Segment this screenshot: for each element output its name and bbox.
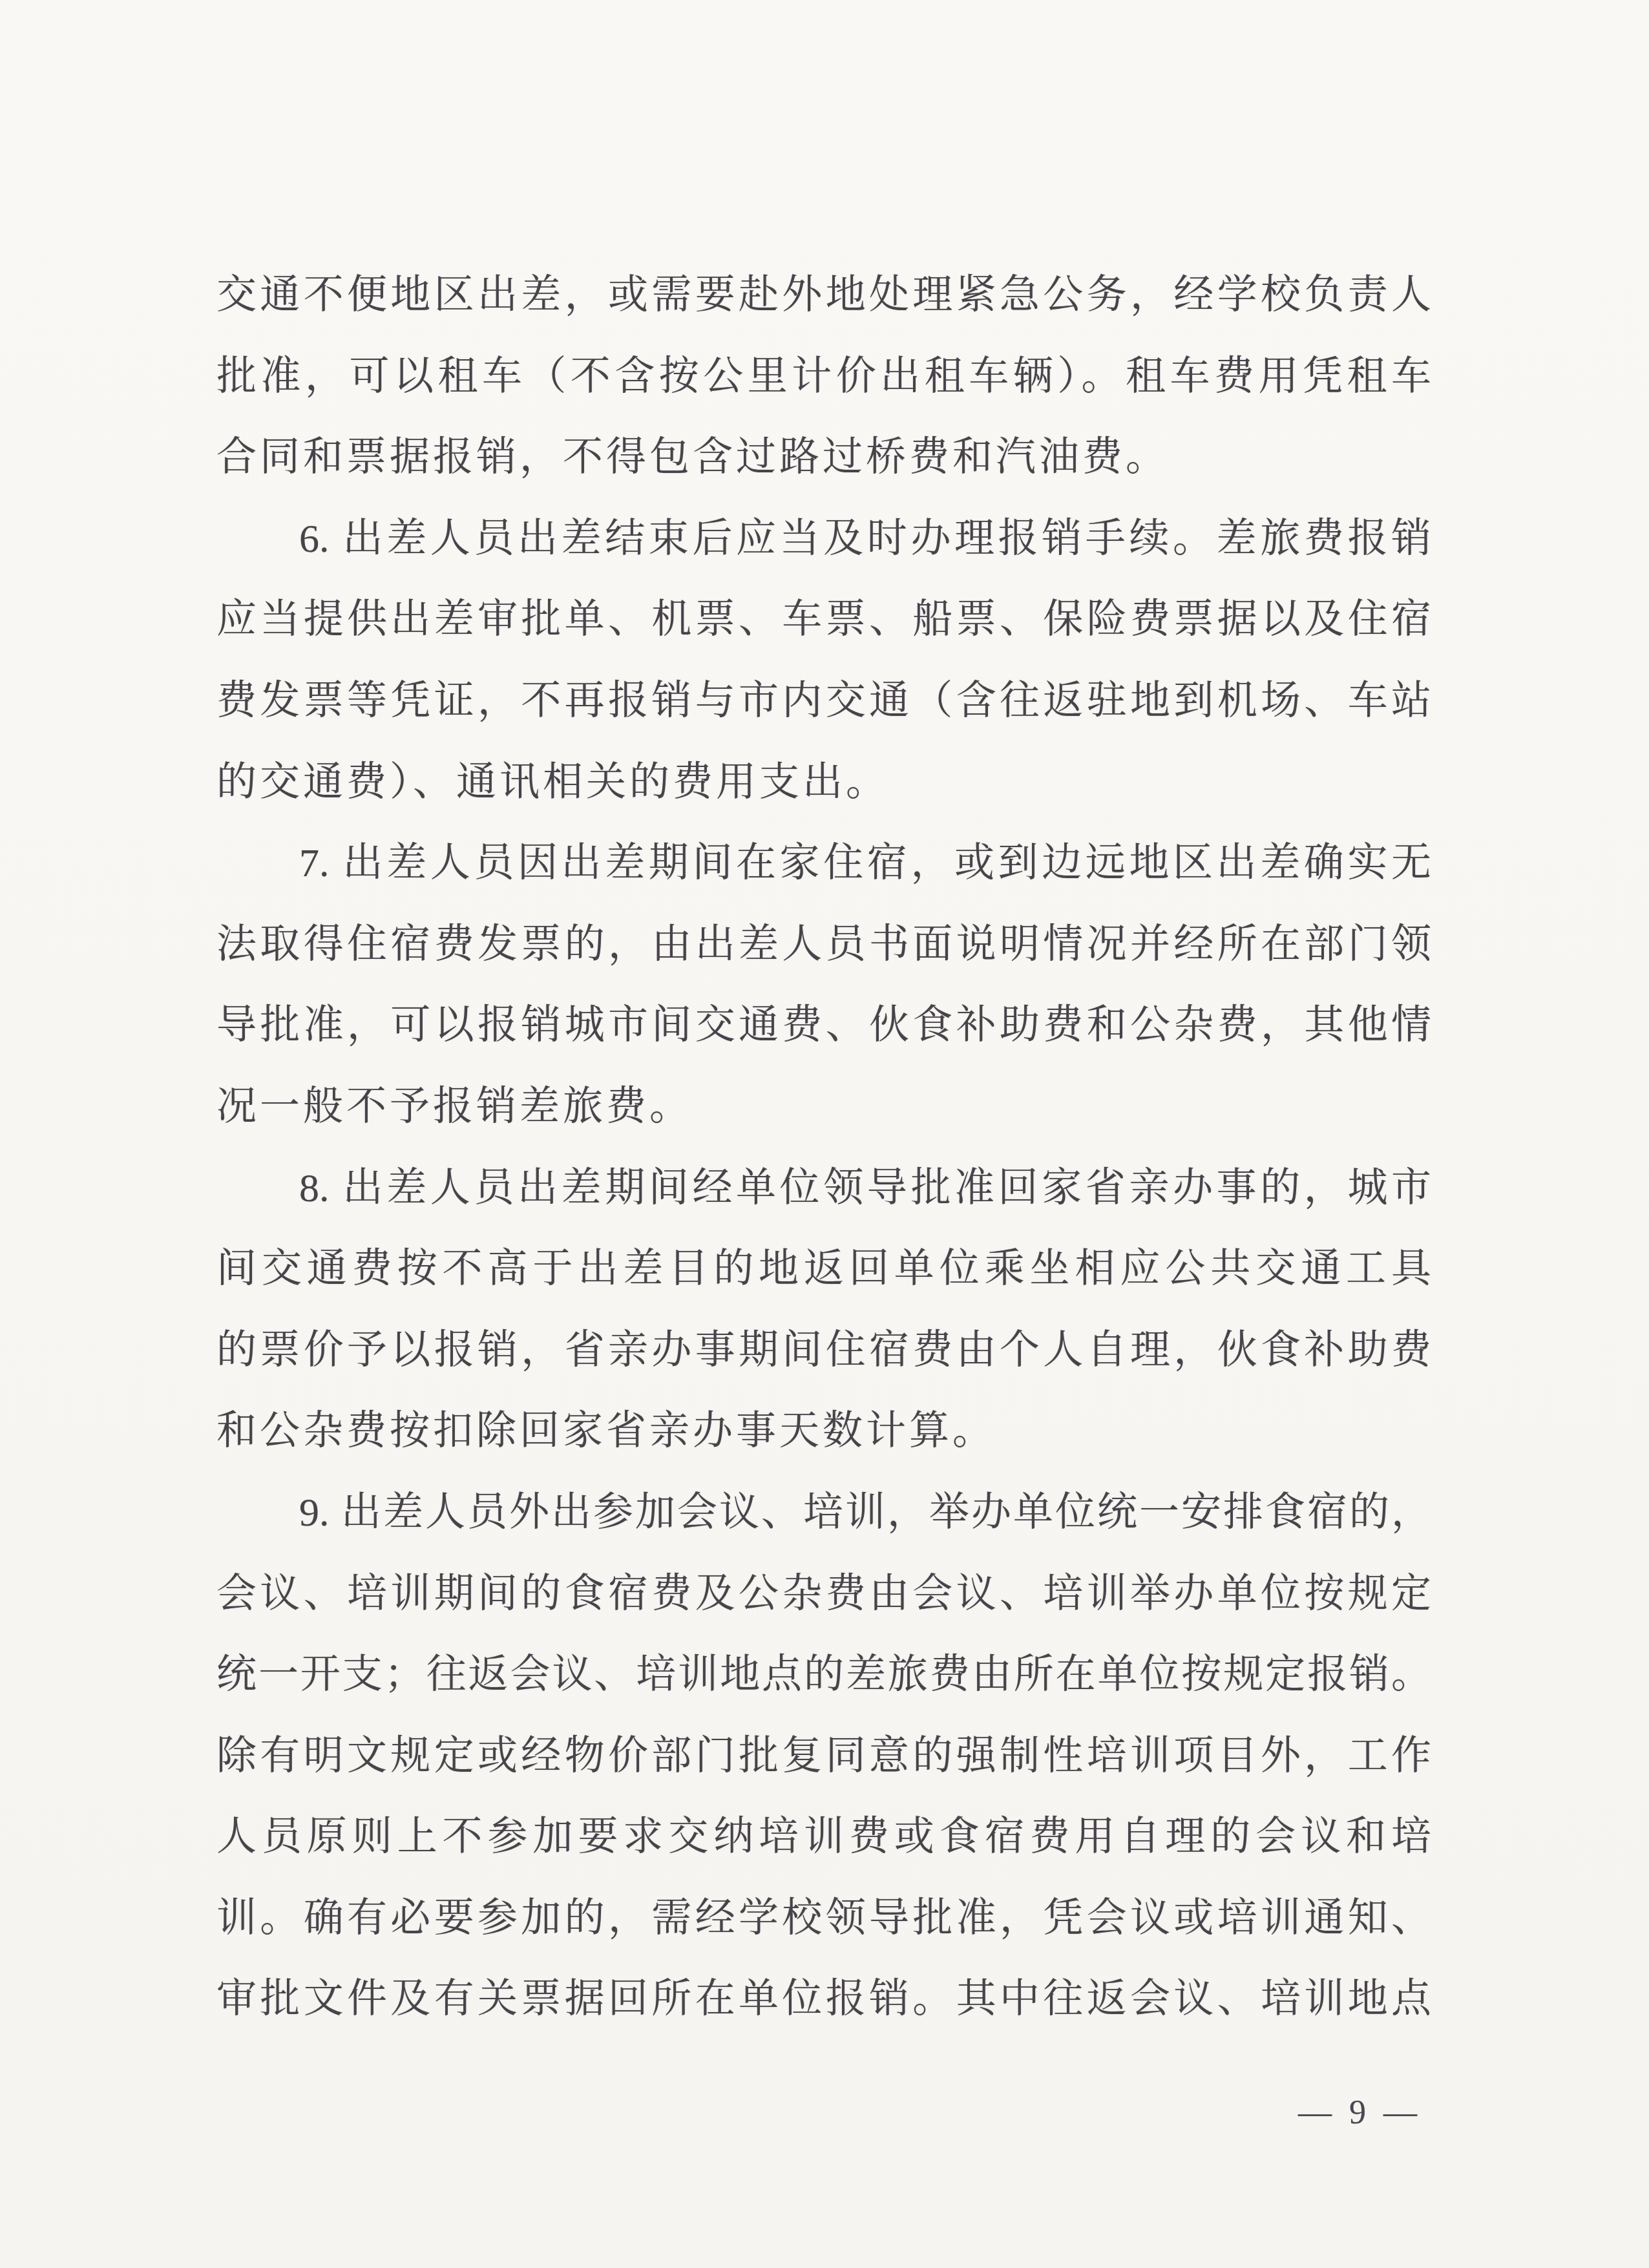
text-line: 导批准，可以报销城市间交通费、伙食补助费和公杂费，其他情: [216, 985, 1431, 1067]
text-line: 7. 出差人员因出差期间在家住宿，或到边远地区出差确实无: [216, 823, 1431, 905]
text-line: 交通不便地区出差，或需要赴外地处理紧急公务，经学校负责人: [216, 255, 1431, 337]
text-line: 会议、培训期间的食宿费及公杂费由会议、培训举办单位按规定: [216, 1554, 1431, 1635]
document-body-text: 交通不便地区出差，或需要赴外地处理紧急公务，经学校负责人 批准，可以租车（不含按…: [216, 255, 1431, 2041]
text-line: 应当提供出差审批单、机票、车票、船票、保险费票据以及住宿: [216, 580, 1431, 661]
text-line: 8. 出差人员出差期间经单位领导批准回家省亲办事的，城市: [216, 1148, 1431, 1230]
text-line: 间交通费按不高于出差目的地返回单位乘坐相应公共交通工具: [216, 1229, 1431, 1310]
text-line: 训。确有必要参加的，需经学校领导批准，凭会议或培训通知、: [216, 1878, 1431, 1960]
text-line: 费发票等凭证，不再报销与市内交通（含往返驻地到机场、车站: [216, 661, 1431, 742]
text-line: 的交通费）、通讯相关的费用支出。: [216, 742, 1431, 824]
text-line: 法取得住宿费发票的，由出差人员书面说明情况并经所在部门领: [216, 905, 1431, 986]
page-number: — 9 —: [1298, 2094, 1422, 2132]
text-line: 的票价予以报销，省亲办事期间住宿费由个人自理，伙食补助费: [216, 1310, 1431, 1392]
text-line: 审批文件及有关票据回所在单位报销。其中往返会议、培训地点: [216, 1959, 1431, 2041]
text-line: 统一开支；往返会议、培训地点的差旅费由所在单位按规定报销。: [216, 1635, 1431, 1716]
text-line: 和公杂费按扣除回家省亲办事天数计算。: [216, 1391, 1431, 1473]
text-line: 除有明文规定或经物价部门批复同意的强制性培训项目外，工作: [216, 1716, 1431, 1798]
text-line: 合同和票据报销，不得包含过路过桥费和汽油费。: [216, 417, 1431, 499]
text-line: 人员原则上不参加要求交纳培训费或食宿费用自理的会议和培: [216, 1797, 1431, 1878]
scanned-document-page: { "page": { "lines": [ "交通不便地区出差，或需要赴外地处…: [0, 0, 1649, 2268]
text-line: 6. 出差人员出差结束后应当及时办理报销手续。差旅费报销: [216, 499, 1431, 580]
text-line: 况一般不予报销差旅费。: [216, 1067, 1431, 1148]
paper-background: 交通不便地区出差，或需要赴外地处理紧急公务，经学校负责人 批准，可以租车（不含按…: [0, 0, 1649, 2268]
text-line: 9. 出差人员外出参加会议、培训，举办单位统一安排食宿的，: [216, 1473, 1431, 1554]
text-line: 批准，可以租车（不含按公里计价出租车辆）。租车费用凭租车: [216, 337, 1431, 418]
